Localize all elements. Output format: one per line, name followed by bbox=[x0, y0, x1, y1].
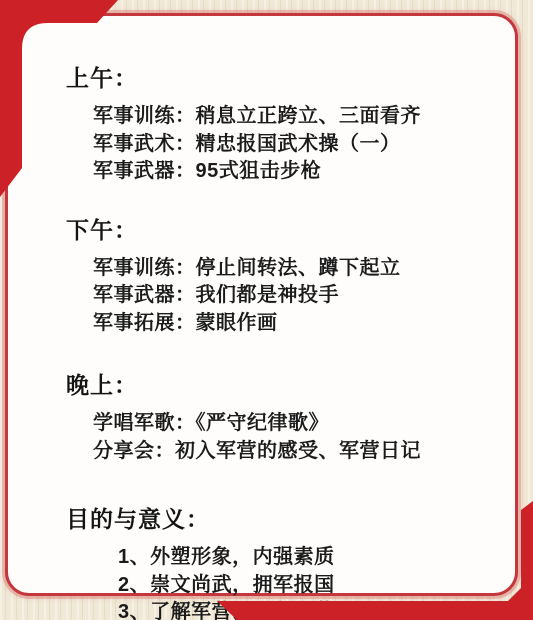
schedule-section: 目的与意义：1、外塑形象，内强素质2、崇文尚武，拥军报国3、了解军营，融入军营 bbox=[66, 501, 495, 620]
schedule-item: 军事训练：停止间转法、蹲下起立 bbox=[66, 255, 495, 283]
schedule-item: 分享会：初入军营的感受、军营日记 bbox=[66, 438, 495, 466]
schedule-item: 3、了解军营，融入军营 bbox=[66, 599, 495, 620]
schedule-item: 2、崇文尚武，拥军报国 bbox=[66, 572, 495, 600]
schedule-item: 军事训练：稍息立正跨立、三面看齐 bbox=[66, 103, 495, 131]
schedule-item: 军事武器：我们都是神投手 bbox=[66, 282, 495, 310]
schedule-card: 上午：军事训练：稍息立正跨立、三面看齐军事武术：精忠报国武术操（一）军事武器：9… bbox=[5, 13, 518, 596]
section-title: 目的与意义： bbox=[66, 501, 495, 534]
schedule-section: 晚上：学唱军歌：《严守纪律歌》分享会：初入军营的感受、军营日记 bbox=[66, 367, 495, 465]
section-title: 晚上： bbox=[66, 367, 495, 400]
schedule-section: 上午：军事训练：稍息立正跨立、三面看齐军事武术：精忠报国武术操（一）军事武器：9… bbox=[66, 60, 495, 186]
section-title: 上午： bbox=[66, 60, 495, 93]
schedule-item: 军事武术：精忠报国武术操（一） bbox=[66, 131, 495, 159]
schedule-item: 1、外塑形象，内强素质 bbox=[66, 544, 495, 572]
schedule-item: 军事拓展：蒙眼作画 bbox=[66, 310, 495, 338]
schedule-sections: 上午：军事训练：稍息立正跨立、三面看齐军事武术：精忠报国武术操（一）军事武器：9… bbox=[66, 60, 495, 620]
schedule-page: { "theme": { "accent_red": "#cb2127", "b… bbox=[0, 0, 533, 620]
section-title: 下午： bbox=[66, 212, 495, 245]
schedule-section: 下午：军事训练：停止间转法、蹲下起立军事武器：我们都是神投手军事拓展：蒙眼作画 bbox=[66, 212, 495, 338]
schedule-item: 军事武器：95式狙击步枪 bbox=[66, 158, 495, 186]
schedule-item: 学唱军歌：《严守纪律歌》 bbox=[66, 410, 495, 438]
